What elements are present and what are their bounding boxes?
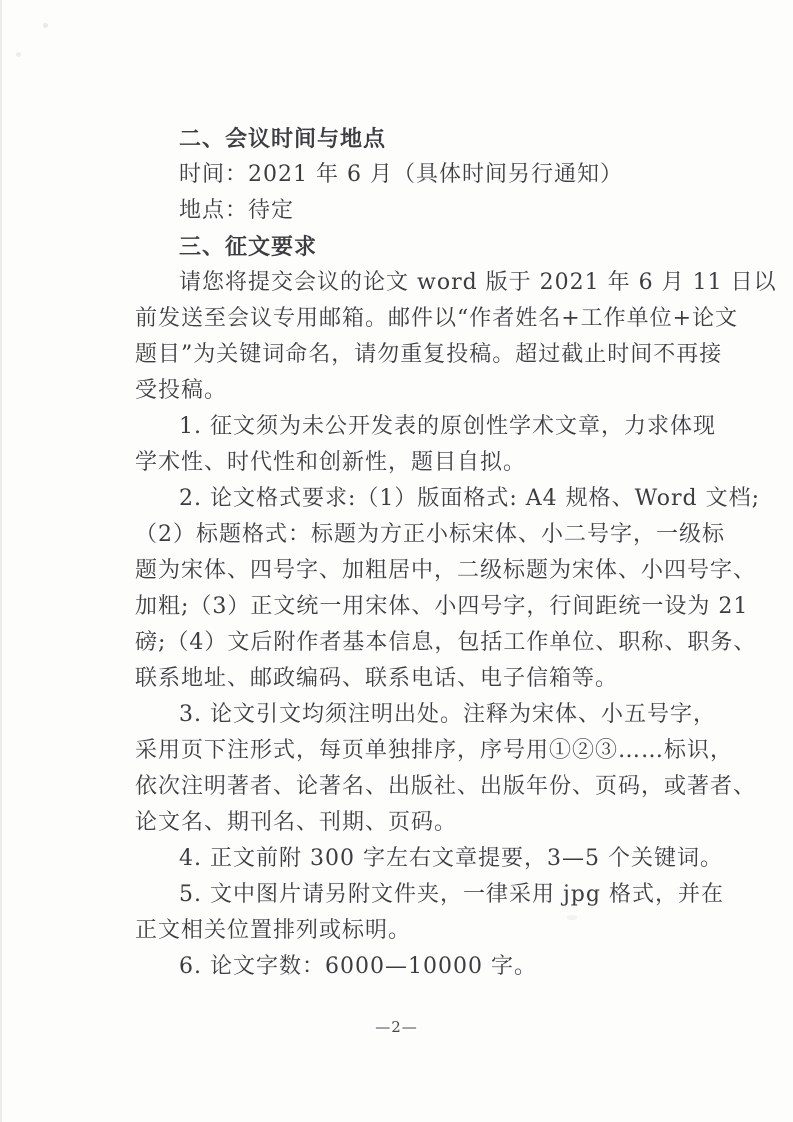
scan-edge-artifact <box>0 0 2 1122</box>
text-line: 前发送至会议专用邮箱。邮件以“作者姓名+工作单位+论文 <box>135 301 665 337</box>
scan-speck <box>16 52 21 57</box>
text-line: 依次注明著者、论著名、出版社、出版年份、页码，或著者、 <box>135 769 665 805</box>
scan-speck <box>43 23 48 28</box>
text-line: 正文相关位置排列或标明。 <box>135 913 665 949</box>
text-line: 加粗;（3）正文统一用宋体、小四号字，行间距统一设为 21 <box>135 589 665 625</box>
text-line: 采用页下注形式，每页单独排序，序号用①②③……标识， <box>135 733 665 769</box>
text-line: 5. 文中图片请另附文件夹，一律采用 jpg 格式，并在 <box>135 877 665 913</box>
text-line: 1. 征文须为未公开发表的原创性学术文章，力求体现 <box>135 409 665 445</box>
text-line: 地点：待定 <box>135 193 665 229</box>
text-line: 联系地址、邮政编码、联系电话、电子信箱等。 <box>135 661 665 697</box>
document-body: 二、会议时间与地点时间：2021 年 6 月（具体时间另行通知）地点：待定三、征… <box>135 121 665 985</box>
text-line: 题目”为关键词命名，请勿重复投稿。超过截止时间不再接 <box>135 337 665 373</box>
text-line: （2）标题格式：标题为方正小标宋体、小二号字，一级标 <box>135 517 665 553</box>
text-line: 题为宋体、四号字、加粗居中，二级标题为宋体、小四号字、 <box>135 553 665 589</box>
text-line: 磅;（4）文后附作者基本信息，包括工作单位、职称、职务、 <box>135 625 665 661</box>
document-page: 二、会议时间与地点时间：2021 年 6 月（具体时间另行通知）地点：待定三、征… <box>0 0 793 1122</box>
text-line: 6. 论文字数：6000—10000 字。 <box>135 949 665 985</box>
text-line: 受投稿。 <box>135 373 665 409</box>
text-line: 2. 论文格式要求:（1）版面格式: A4 规格、Word 文档; <box>135 481 665 517</box>
page-number: —2— <box>0 1018 793 1036</box>
text-line: 4. 正文前附 300 字左右文章提要，3—5 个关键词。 <box>135 841 665 877</box>
text-line: 学术性、时代性和创新性，题目自拟。 <box>135 445 665 481</box>
heading-line: 二、会议时间与地点 <box>135 121 665 157</box>
heading-line: 三、征文要求 <box>135 229 665 265</box>
text-line: 3. 论文引文均须注明出处。注释为宋体、小五号字， <box>135 697 665 733</box>
text-line: 时间：2021 年 6 月（具体时间另行通知） <box>135 157 665 193</box>
text-line: 论文名、期刊名、刊期、页码。 <box>135 805 665 841</box>
text-line: 请您将提交会议的论文 word 版于 2021 年 6 月 11 日以 <box>135 265 665 301</box>
